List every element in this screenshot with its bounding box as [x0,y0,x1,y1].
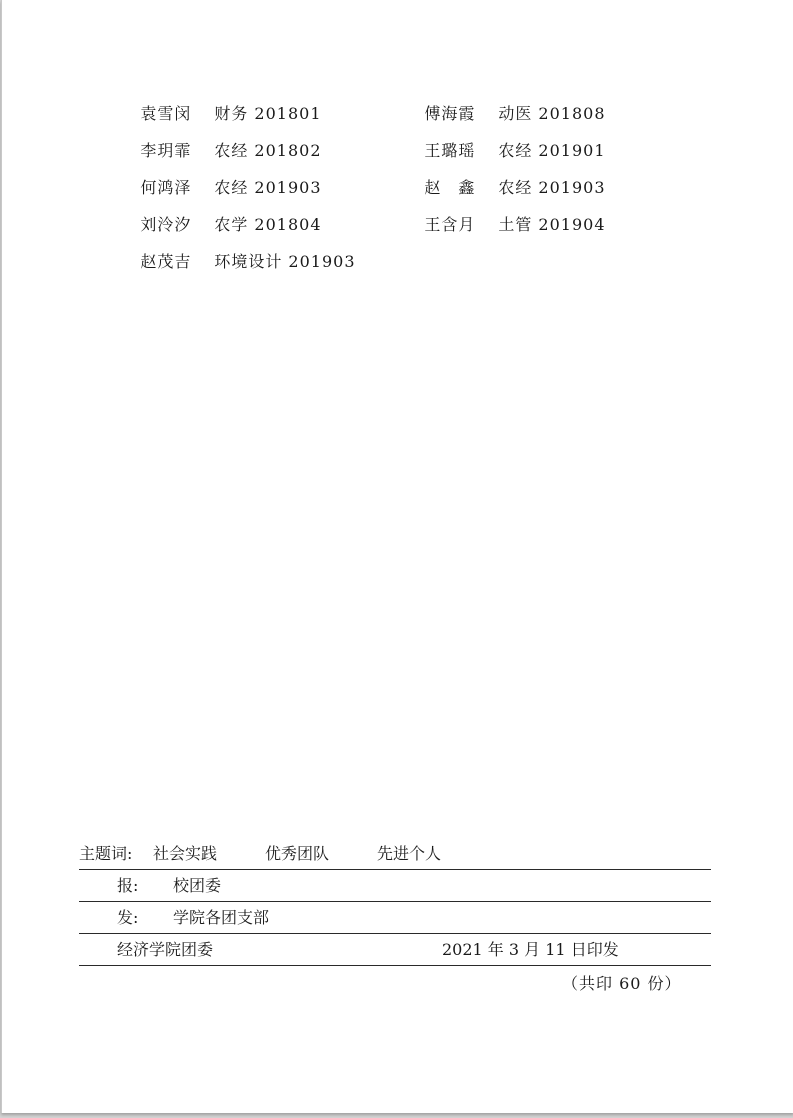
keywords-row: 主题词: 社会实践 优秀团队 先进个人 [79,841,711,870]
issuer: 经济学院团委 [117,937,213,963]
print-count: （共印 60 份） [562,974,682,994]
issue-date: 2021 年 3 月 11 日印发 [442,937,619,963]
recipient-dept: 环境设计 201903 [214,252,355,271]
recipient-name: 赵茂吉 [140,252,214,272]
report-to: 校团委 [173,873,221,899]
send-label: 发: [117,905,138,931]
keyword: 优秀团队 [265,841,329,867]
keywords-label: 主题词: [79,841,132,867]
send-to: 学院各团支部 [173,905,269,931]
report-row: 报: 校团委 [79,873,711,902]
report-label: 报: [117,873,138,899]
recipient-name: 王含月 [424,215,498,235]
keyword: 社会实践 [153,841,217,867]
document-page: 袁雪闵财务 201801 李玥霏农经 201802 何鸿泽农经 201903 刘… [1,0,793,1113]
recipient-dept: 土管 201904 [498,215,605,234]
keyword: 先进个人 [377,841,441,867]
recipient-entry: 赵茂吉环境设计 201903 [116,232,356,292]
recipient-entry: 王含月土管 201904 [400,195,606,255]
send-row: 发: 学院各团支部 [79,905,711,934]
issuer-row: 经济学院团委 2021 年 3 月 11 日印发 [79,937,711,966]
